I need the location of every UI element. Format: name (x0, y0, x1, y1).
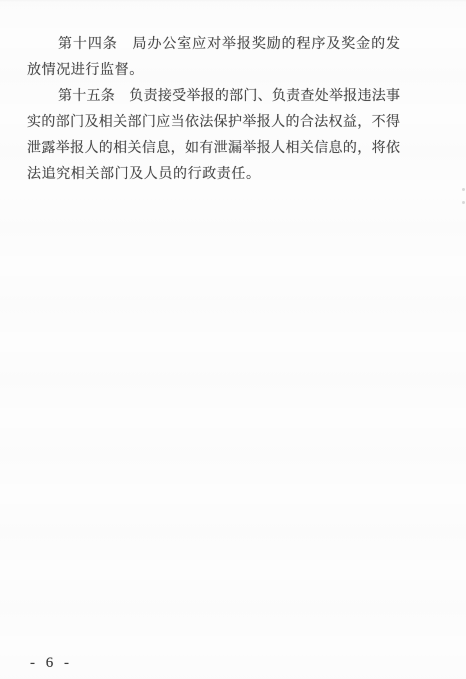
document-line: 第十四条 局办公室应对举报奖励的程序及奖金的发 (27, 32, 400, 58)
paragraph-article-14: 第十四条 局办公室应对举报奖励的程序及奖金的发 放情况进行监督。 (27, 32, 400, 84)
document-line: 实的部门及相关部门应当依法保护举报人的合法权益，不得 (27, 110, 400, 136)
scan-artifact-speck (462, 188, 465, 191)
paragraph-article-15: 第十五条 负责接受举报的部门、负责查处举报违法事 实的部门及相关部门应当依法保护… (27, 84, 400, 188)
scanned-document-page: 第十四条 局办公室应对举报奖励的程序及奖金的发 放情况进行监督。 第十五条 负责… (0, 0, 466, 679)
document-line: 法追究相关部门及人员的行政责任。 (27, 162, 400, 188)
document-line: 放情况进行监督。 (27, 58, 400, 84)
page-number: - 6 - (30, 655, 72, 671)
document-line: 第十五条 负责接受举报的部门、负责查处举报违法事 (27, 84, 400, 110)
document-body: 第十四条 局办公室应对举报奖励的程序及奖金的发 放情况进行监督。 第十五条 负责… (27, 32, 400, 188)
document-line: 泄露举报人的相关信息，如有泄漏举报人相关信息的，将依 (27, 136, 400, 162)
scan-artifact-speck (462, 201, 465, 204)
